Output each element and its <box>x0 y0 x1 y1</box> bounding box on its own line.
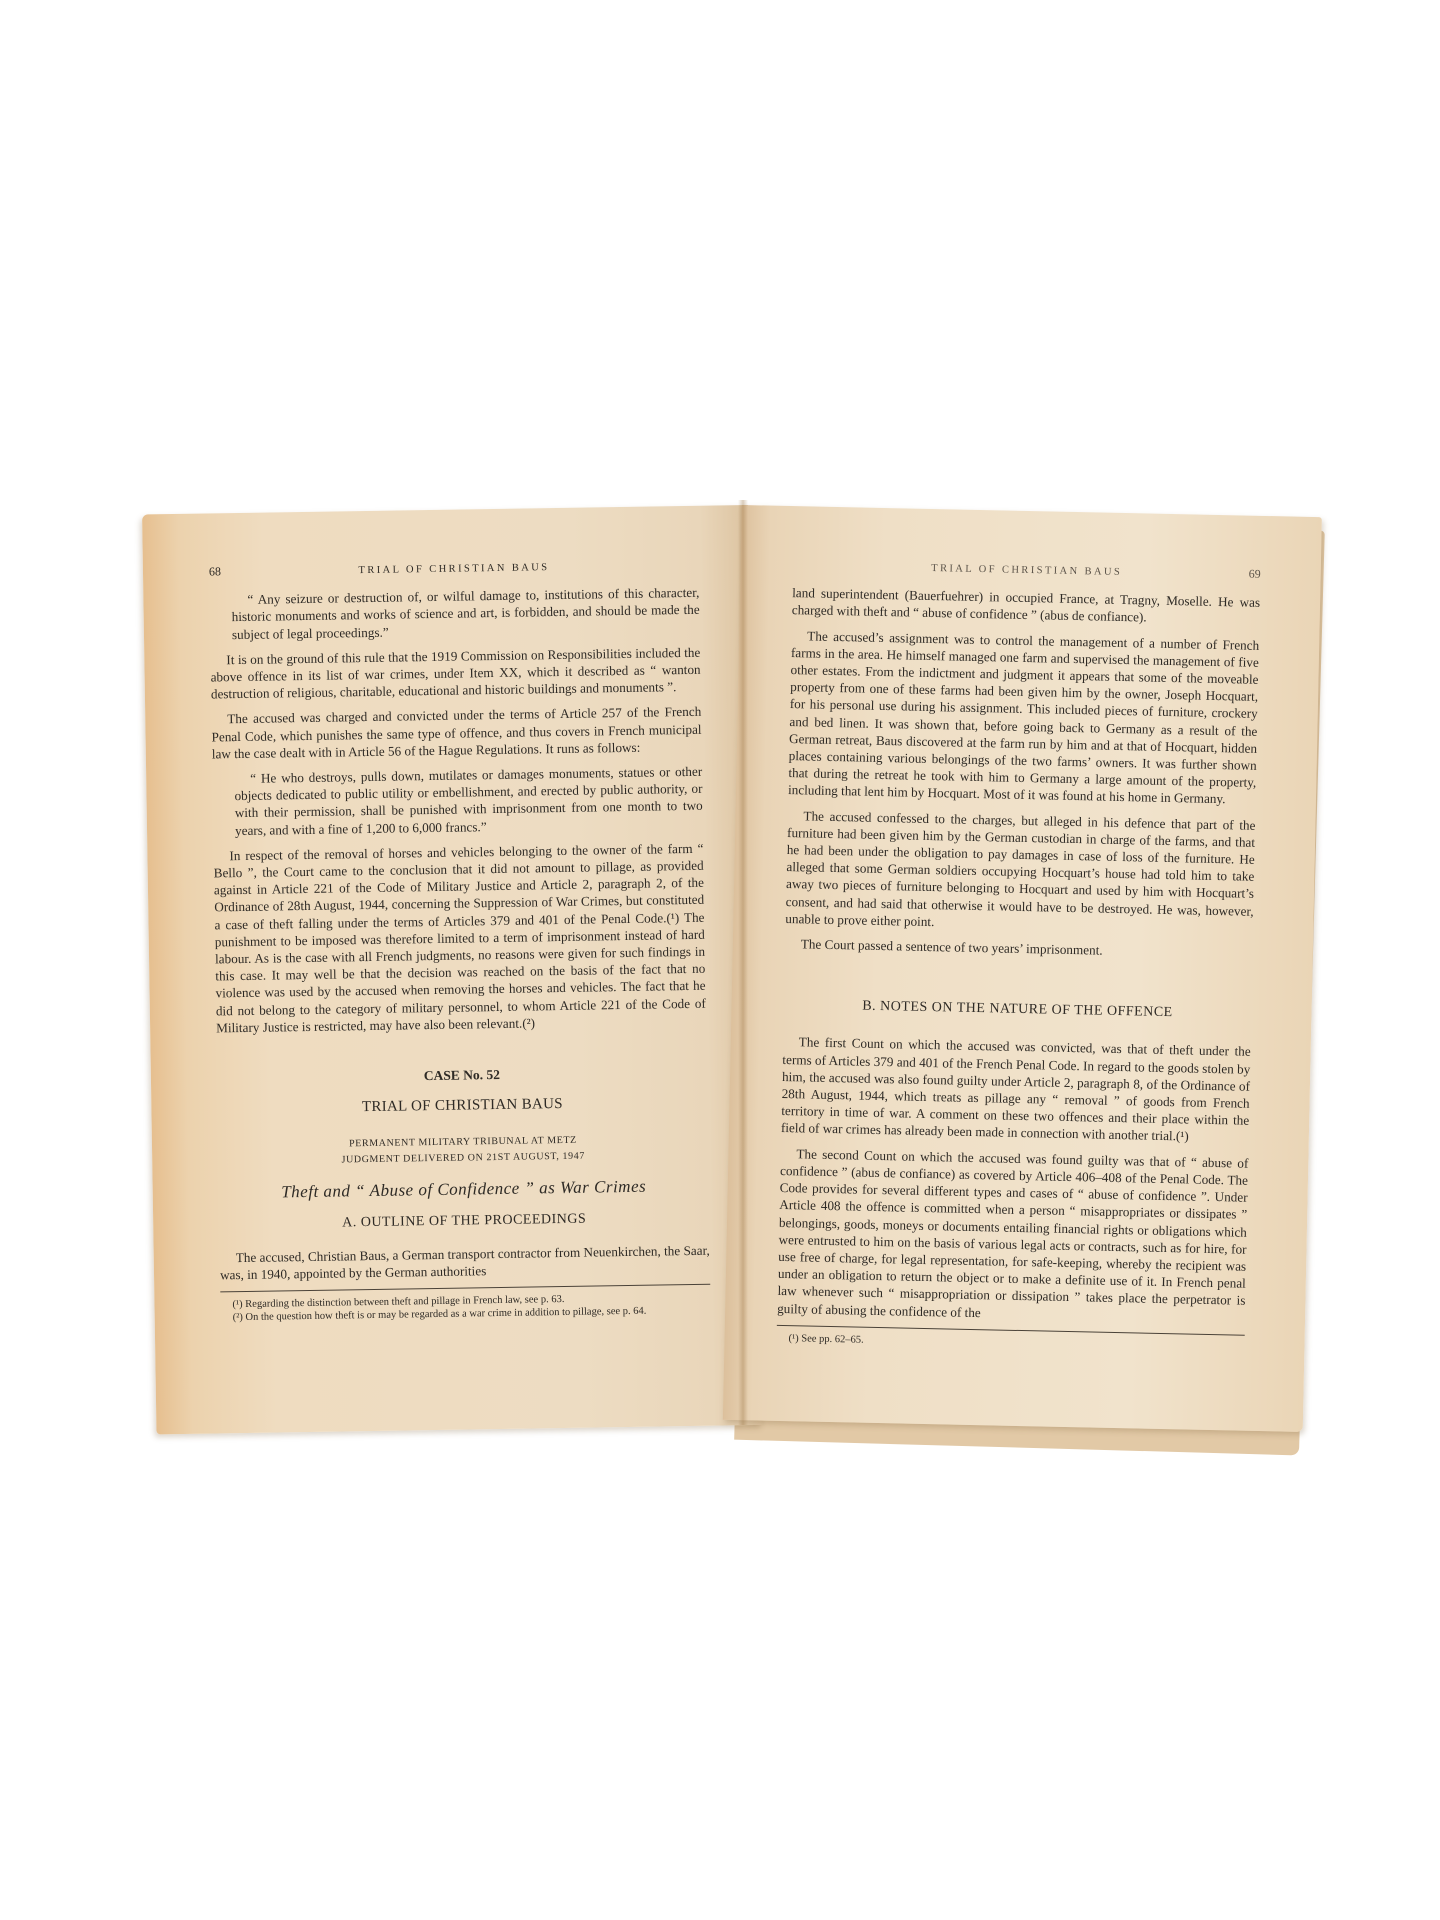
quote-hague-article: “ Any seizure or destruction of, or wilf… <box>231 584 700 643</box>
left-footnotes: (¹) Regarding the distinction between th… <box>220 1291 710 1325</box>
left-running-title: TRIAL OF CHRISTIAN BAUS <box>221 557 687 582</box>
section-a-heading: A. OUTLINE OF THE PROCEEDINGS <box>219 1208 709 1233</box>
paragraph: The accused, Christian Baus, a German tr… <box>220 1242 710 1284</box>
footnote: (¹) See pp. 62–65. <box>776 1332 1244 1355</box>
paragraph: It is on the ground of this rule that th… <box>210 644 701 703</box>
case-title: TRIAL OF CHRISTIAN BAUS <box>217 1094 707 1119</box>
paragraph: The second Count on which the accused wa… <box>777 1145 1249 1327</box>
left-running-head: 68 TRIAL OF CHRISTIAN BAUS 68 <box>209 556 699 582</box>
quote-penal-code: “ He who destroys, pulls down, mutilates… <box>234 763 703 839</box>
paragraph: The accused’s assignment was to control … <box>788 627 1260 809</box>
paragraph: The Court passed a sentence of two years… <box>785 935 1253 962</box>
paragraph: In respect of the removal of horses and … <box>213 840 706 1037</box>
left-page-text: 68 TRIAL OF CHRISTIAN BAUS 68 “ Any seiz… <box>209 556 711 1325</box>
paragraph: The accused confessed to the charges, bu… <box>785 807 1255 937</box>
right-page-number: 69 <box>1248 566 1260 583</box>
left-page-number: 68 <box>209 563 221 580</box>
right-running-head: 69 TRIAL OF CHRISTIAN BAUS 69 <box>793 556 1261 584</box>
case-subtitle: Theft and “ Abuse of Confidence ” as War… <box>219 1177 709 1202</box>
paragraph: land superintendent (Bauerfuehrer) in oc… <box>792 584 1261 628</box>
right-footnotes: (¹) See pp. 62–65. <box>776 1332 1244 1355</box>
paragraph: The accused was charged and convicted un… <box>211 703 702 762</box>
right-page: 69 TRIAL OF CHRISTIAN BAUS 69 land super… <box>723 505 1322 1432</box>
right-running-title: TRIAL OF CHRISTIAN BAUS <box>805 557 1249 583</box>
section-b-heading: B. NOTES ON THE NATURE OF THE OFFENCE <box>783 996 1251 1023</box>
case-number: CASE No. 52 <box>217 1063 707 1088</box>
open-book: 68 TRIAL OF CHRISTIAN BAUS 68 “ Any seiz… <box>0 0 1440 1920</box>
right-page-text: 69 TRIAL OF CHRISTIAN BAUS 69 land super… <box>776 556 1260 1354</box>
paragraph: The first Count on which the accused was… <box>781 1033 1251 1146</box>
book-gutter <box>738 500 748 1425</box>
left-page: 68 TRIAL OF CHRISTIAN BAUS 68 “ Any seiz… <box>142 505 762 1434</box>
